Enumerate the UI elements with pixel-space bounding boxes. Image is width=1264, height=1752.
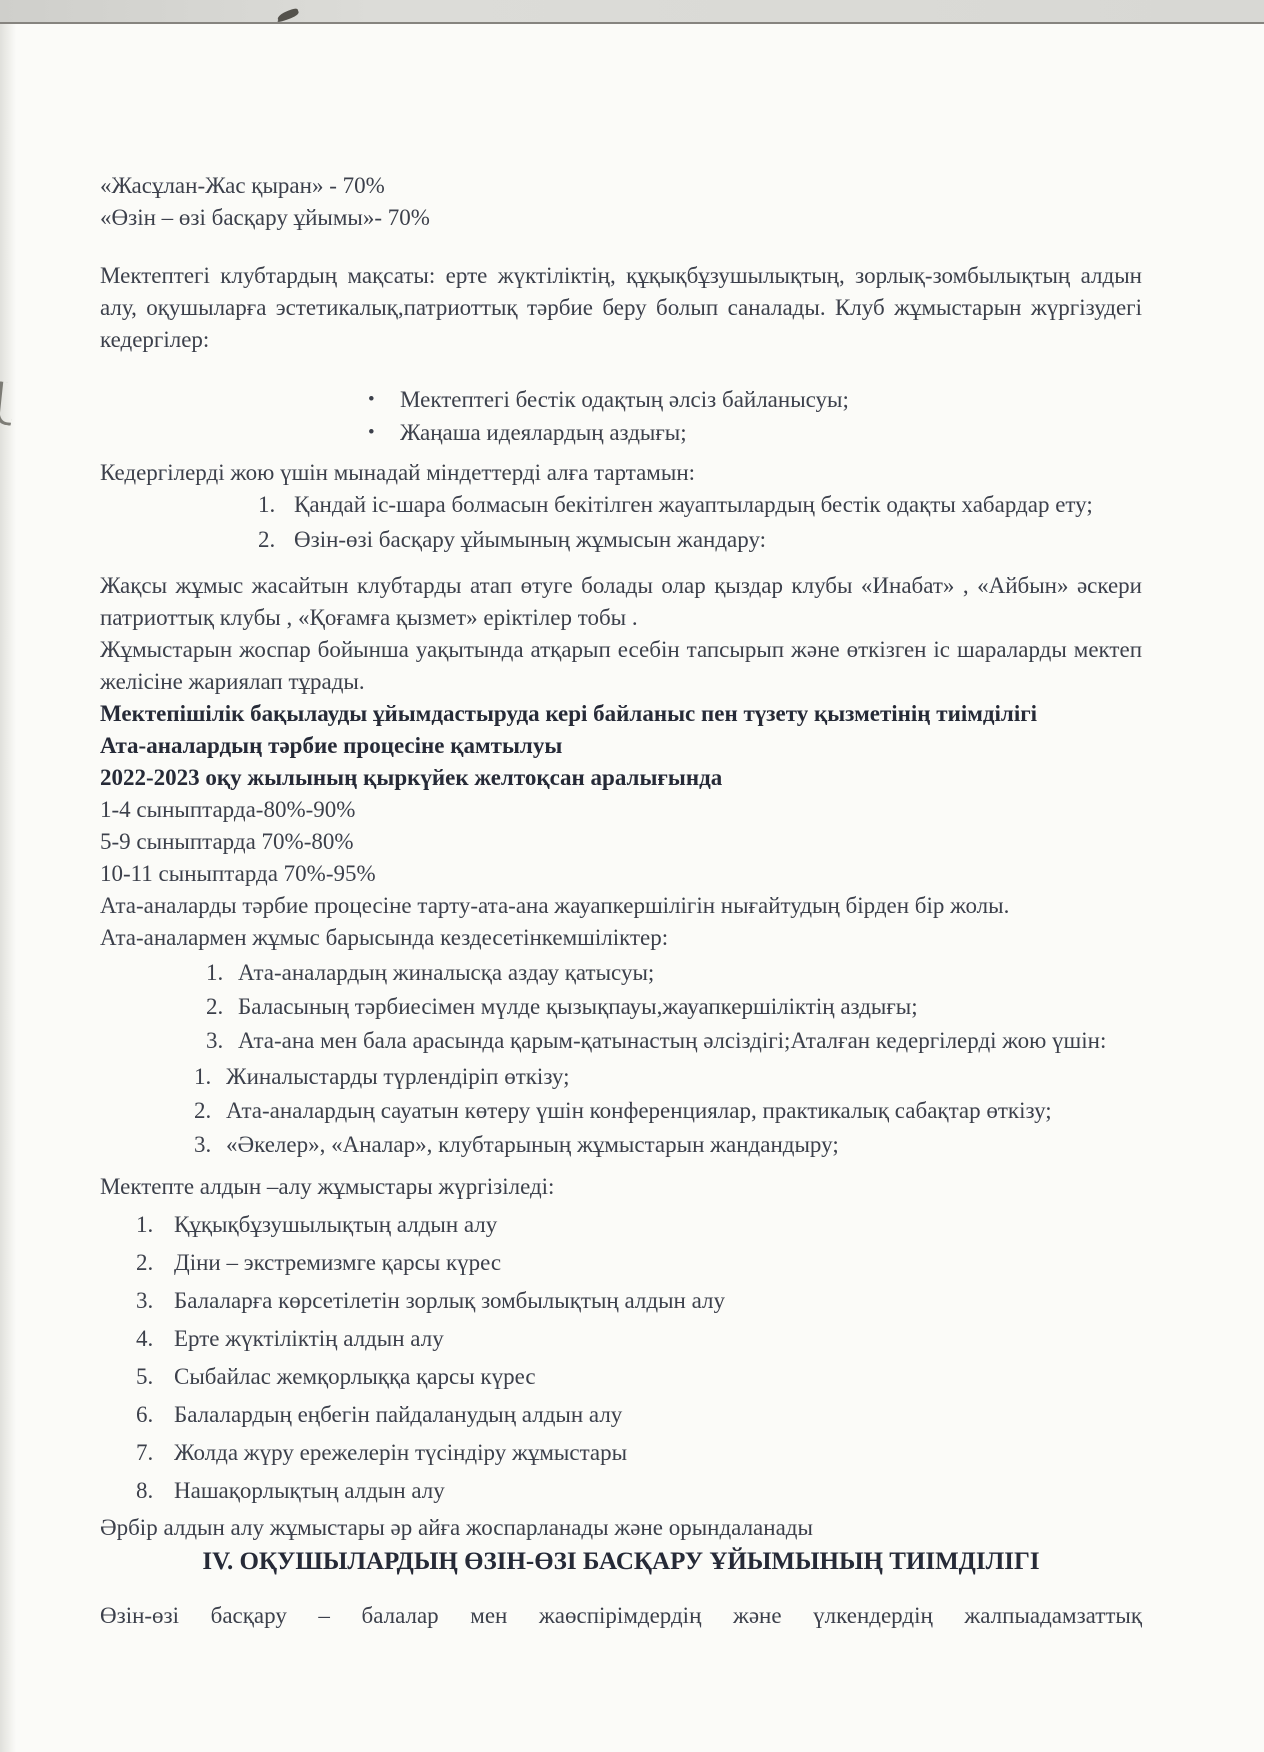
list-item: 2. Діни – экстремизмге қарсы күрес [100, 1247, 1142, 1279]
section-heading: IV. ОҚУШЫЛАРДЫҢ ӨЗІН-ӨЗІ БАСҚАРУ ҰЙЫМЫНЫ… [100, 1545, 1142, 1578]
list-item: 3. Ата-ана мен бала арасында қарым-қатын… [100, 1025, 1142, 1057]
list-number: 4. [136, 1323, 174, 1355]
list-item: 5. Сыбайлас жемқорлыққа қарсы күрес [100, 1361, 1142, 1393]
list-item: 2. Өзін-өзі басқару ұйымының жұмысын жан… [100, 524, 1142, 556]
prevention-numbered-list: 1. Құқықбұзушылықтың алдын алу 2. Діни –… [100, 1209, 1142, 1507]
list-number: 1. [258, 489, 294, 521]
list-item-text: Қандай іс-шара болмасын бекітілген жауап… [294, 489, 1142, 521]
list-item: 1. Қандай іс-шара болмасын бекітілген жа… [100, 489, 1142, 521]
list-number: 3. [194, 1129, 226, 1161]
list-item-text: Ата-аналардың жиналысқа аздау қатысуы; [238, 957, 1142, 989]
list-item: 8. Нашақорлықтың алдын алу [100, 1475, 1142, 1507]
list-item: 3. Балаларға көрсетілетін зорлық зомбылы… [100, 1285, 1142, 1317]
list-item-text: Жиналыстарды түрлендіріп өткізу; [226, 1061, 1142, 1093]
list-item: 1. Ата-аналардың жиналысқа аздау қатысуы… [100, 957, 1142, 989]
parents-paragraph: Ата-аналарды тәрбие процесіне тарту-ата-… [100, 890, 1142, 922]
list-number: 2. [194, 1095, 226, 1127]
bullet-marker: • [368, 384, 400, 416]
list-item-text: Ата-ана мен бала арасында қарым-қатынаст… [238, 1025, 1142, 1057]
list-number: 2. [136, 1247, 174, 1279]
bold-heading-line: Ата-аналардың тәрбие процесіне қамтылуы [100, 730, 1142, 762]
list-number: 8. [136, 1475, 174, 1507]
list-item-text: Балалардың еңбегін пайдаланудың алдын ал… [174, 1399, 1142, 1431]
list-item-text: Ерте жүктіліктің алдын алу [174, 1323, 1142, 1355]
list-item: 7. Жолда жүру ережелерін түсіндіру жұмыс… [100, 1437, 1142, 1469]
list-item-text: Жолда жүру ережелерін түсіндіру жұмыстар… [174, 1437, 1142, 1469]
tasks-intro-line: Кедергілерді жою үшін мынадай міндеттерд… [100, 457, 1142, 489]
bold-heading-line: Мектепішілік бақылауды ұйымдастыруда кер… [100, 698, 1142, 730]
list-number: 1. [206, 957, 238, 989]
list-item: 3. «Әкелер», «Аналар», клубтарының жұмыс… [100, 1129, 1142, 1161]
list-item: 1. Жиналыстарды түрлендіріп өткізу; [100, 1061, 1142, 1093]
grade-stat-line: 1-4 сыныптарда-80%-90% [100, 794, 1142, 826]
list-number: 6. [136, 1399, 174, 1431]
scan-edge-top [0, 0, 1264, 24]
club-stat-line: «Жасұлан-Жас қыран» - 70% [100, 170, 1142, 202]
list-item: 4. Ерте жүктіліктің алдын алу [100, 1323, 1142, 1355]
shortcomings-numbered-list: 1. Ата-аналардың жиналысқа аздау қатысуы… [100, 957, 1142, 1057]
monthly-plan-line: Әрбір алдын алу жұмыстары әр айға жоспар… [100, 1512, 1142, 1544]
bullet-text: Мектептегі бестік одақтың әлсіз байланыс… [400, 384, 849, 416]
tasks-numbered-list: 1. Қандай іс-шара болмасын бекітілген жа… [100, 489, 1142, 556]
list-item: • Мектептегі бестік одақтың әлсіз байлан… [100, 384, 1142, 416]
list-item-text: «Әкелер», «Аналар», клубтарының жұмыстар… [226, 1129, 1142, 1161]
list-number: 3. [136, 1285, 174, 1317]
shortcomings-intro-line: Ата-аналармен жұмыс барысында кездесетін… [100, 922, 1142, 954]
self-management-paragraph: Өзін-өзі басқару – балалар мен жаөспірім… [100, 1600, 1142, 1632]
obstacles-bullet-list: • Мектептегі бестік одақтың әлсіз байлан… [100, 384, 1142, 449]
scanned-page: «Жасұлан-Жас қыран» - 70% «Өзін – өзі ба… [0, 0, 1264, 1752]
list-item-text: Сыбайлас жемқорлыққа қарсы күрес [174, 1361, 1142, 1393]
list-item: 2. Баласының тәрбиесімен мүлде қызықпауы… [100, 991, 1142, 1023]
list-item-text: Өзін-өзі басқару ұйымының жұмысын жандар… [294, 524, 1142, 556]
list-number: 2. [258, 524, 294, 556]
list-item: 6. Балалардың еңбегін пайдаланудың алдын… [100, 1399, 1142, 1431]
list-item-text: Діни – экстремизмге қарсы күрес [174, 1247, 1142, 1279]
reporting-paragraph: Жұмыстарын жоспар бойынша уақытында атқа… [100, 634, 1142, 698]
club-stat-line: «Өзін – өзі басқару ұйымы»- 70% [100, 202, 1142, 234]
list-number: 1. [194, 1061, 226, 1093]
list-number: 7. [136, 1437, 174, 1469]
bullet-marker: • [368, 417, 400, 449]
list-item-text: Ата-аналардың сауатын көтеру үшін конфер… [226, 1095, 1142, 1127]
bold-heading-line: 2022-2023 оқу жылының қыркүйек желтоқсан… [100, 762, 1142, 794]
bullet-text: Жаңаша идеялардың аздығы; [400, 417, 687, 449]
list-item: 2. Ата-аналардың сауатын көтеру үшін кон… [100, 1095, 1142, 1127]
list-item-text: Құқықбұзушылықтың алдын алу [174, 1209, 1142, 1241]
list-number: 1. [136, 1209, 174, 1241]
prevention-intro-line: Мектепте алдын –алу жұмыстары жүргізілед… [100, 1171, 1142, 1203]
list-item-text: Балаларға көрсетілетін зорлық зомбылықты… [174, 1285, 1142, 1317]
scan-edge-left [0, 24, 16, 1752]
remedies-numbered-list: 1. Жиналыстарды түрлендіріп өткізу; 2. А… [100, 1061, 1142, 1161]
list-item: • Жаңаша идеялардың аздығы; [100, 417, 1142, 449]
list-item-text: Нашақорлықтың алдын алу [174, 1475, 1142, 1507]
grade-stat-line: 5-9 сыныптарда 70%-80% [100, 826, 1142, 858]
good-clubs-paragraph: Жақсы жұмыс жасайтын клубтарды атап өтуг… [100, 570, 1142, 634]
list-number: 2. [206, 991, 238, 1023]
document-body: «Жасұлан-Жас қыран» - 70% «Өзін – өзі ба… [100, 170, 1142, 1632]
list-item: 1. Құқықбұзушылықтың алдын алу [100, 1209, 1142, 1241]
list-number: 3. [206, 1025, 238, 1057]
list-number: 5. [136, 1361, 174, 1393]
list-item-text: Баласының тәрбиесімен мүлде қызықпауы,жа… [238, 991, 1142, 1023]
grade-stat-line: 10-11 сыныптарда 70%-95% [100, 858, 1142, 890]
clubs-purpose-paragraph: Мектептегі клубтардың мақсаты: ерте жүкт… [100, 260, 1142, 356]
